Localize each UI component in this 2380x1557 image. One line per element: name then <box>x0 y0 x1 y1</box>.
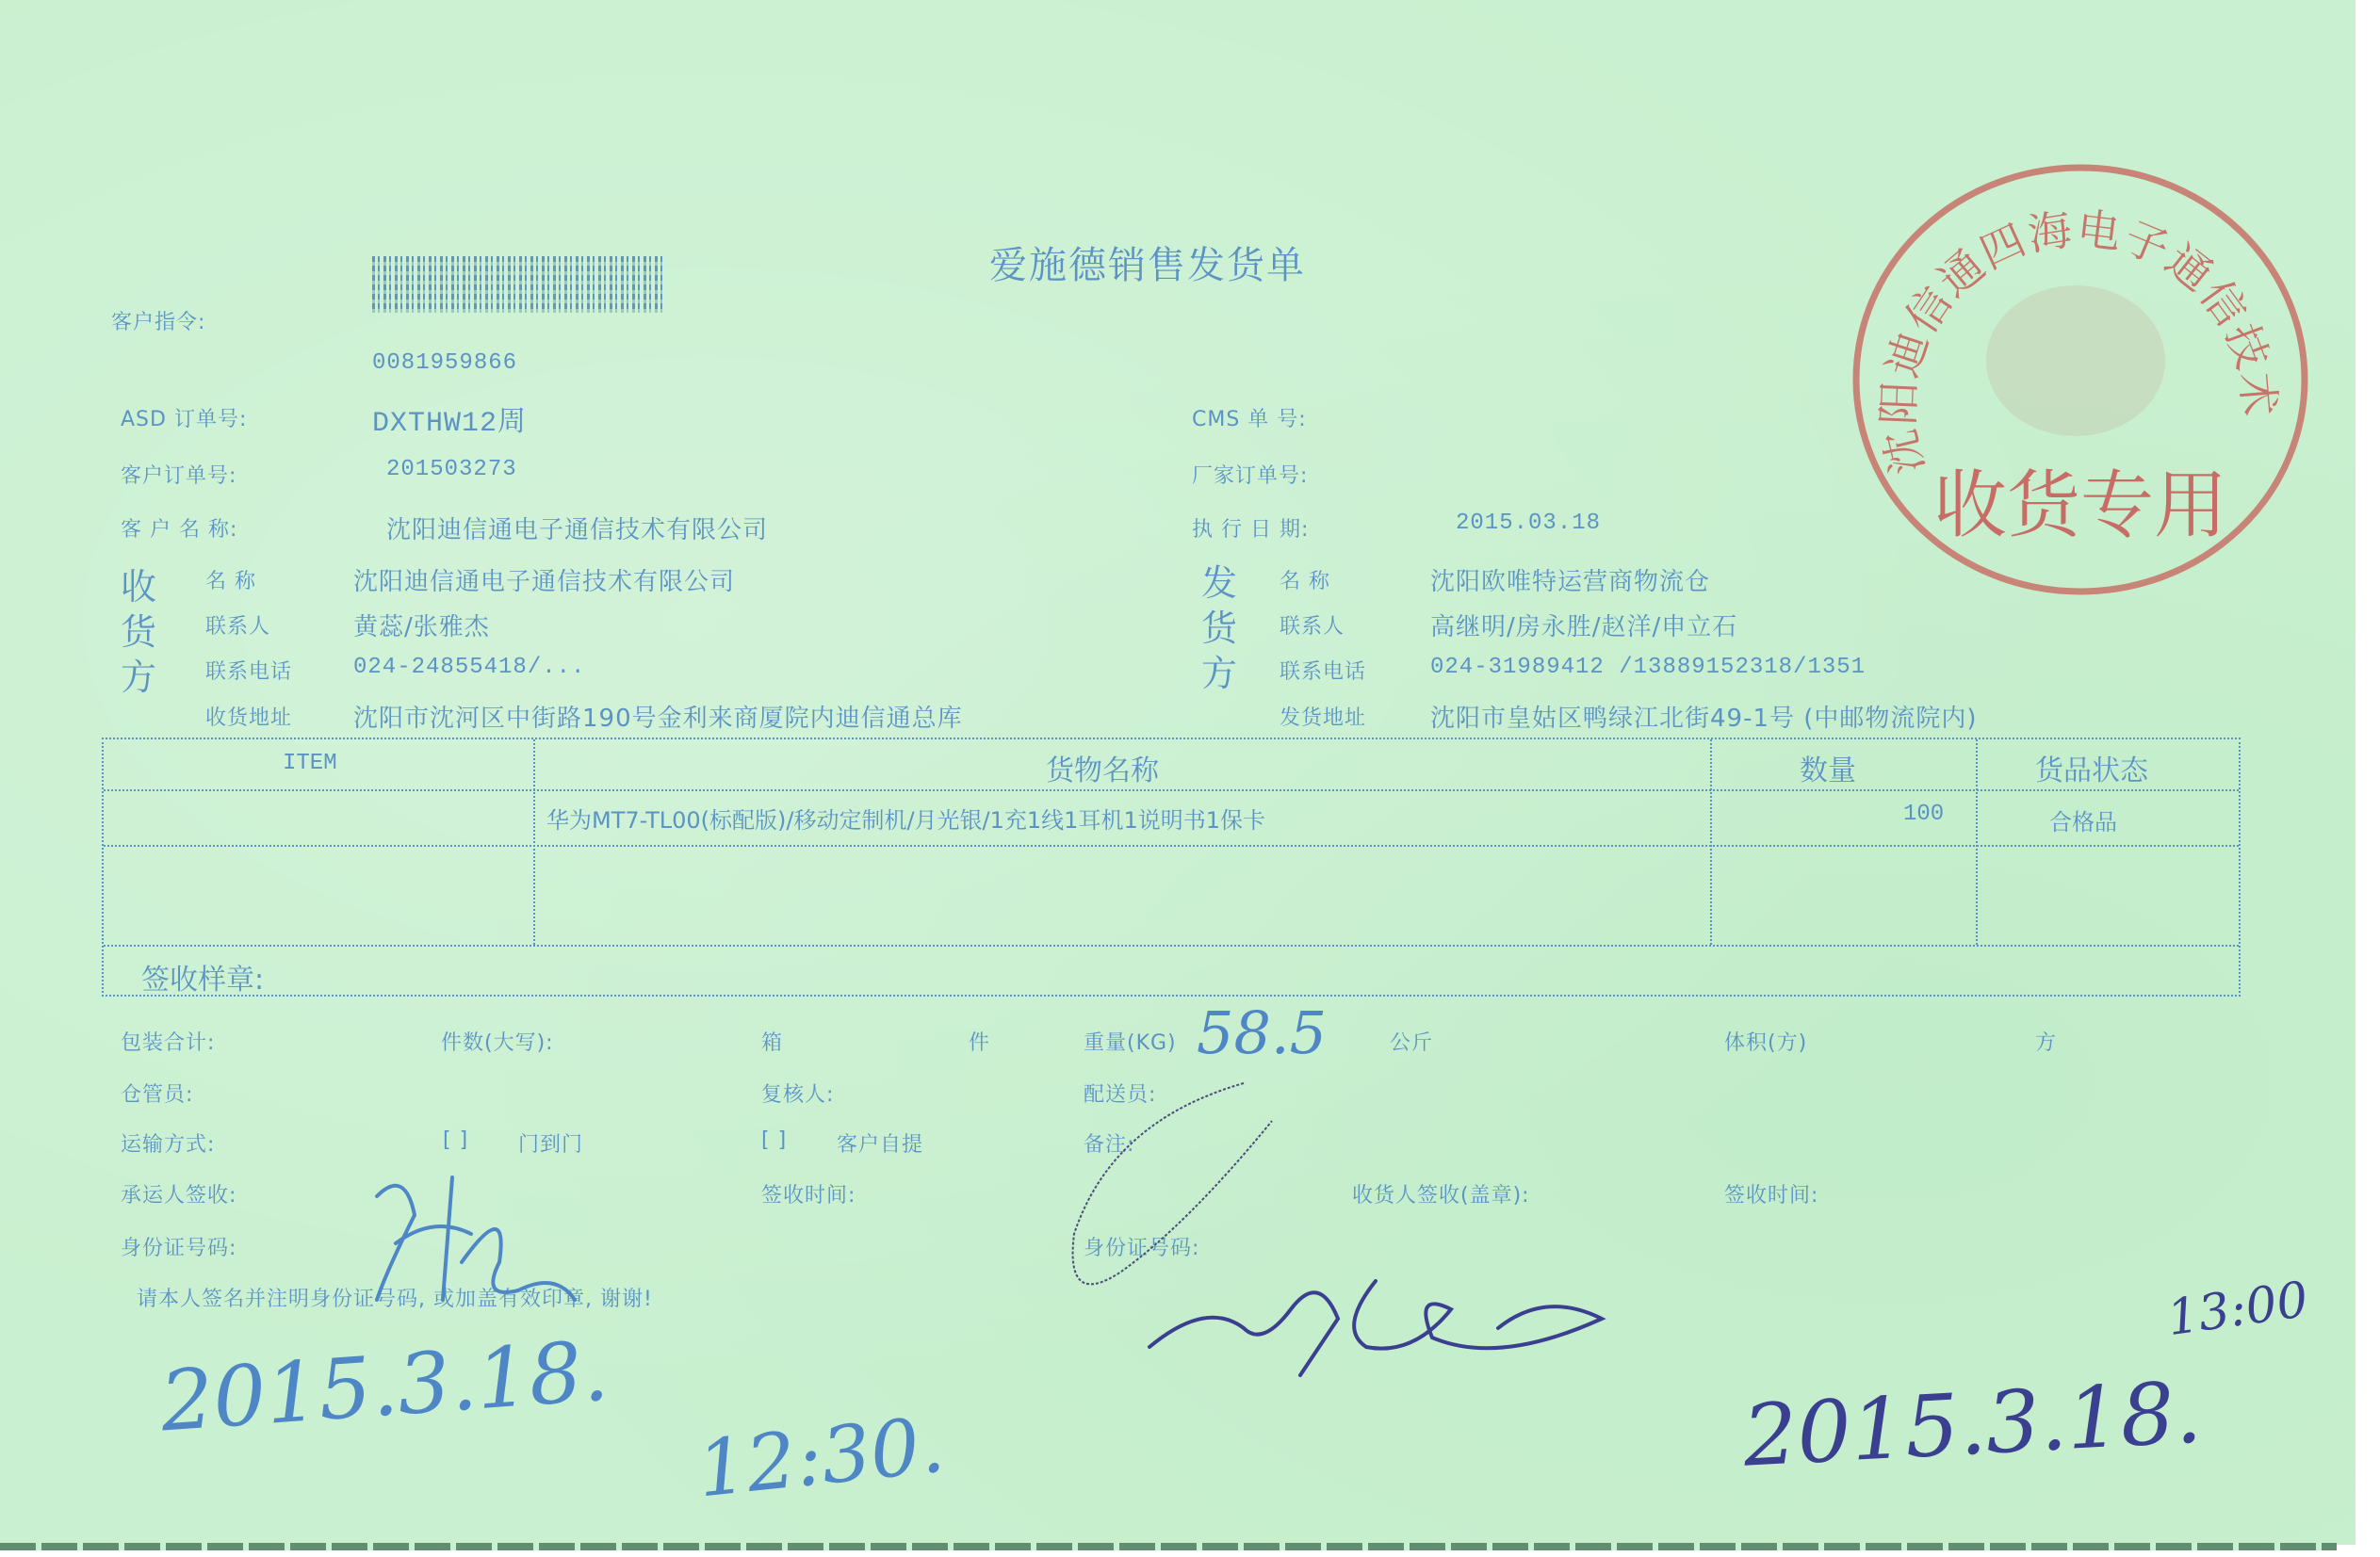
receiver-name-label: 名 称 <box>205 565 256 594</box>
volume-label: 体积(方) <box>1724 1027 1807 1056</box>
receiver-contact-value: 黄蕊/张雅杰 <box>353 608 490 642</box>
shipper-name-value: 沈阳欧唯特运营商物流仓 <box>1430 562 1710 597</box>
document-title: 爱施德销售发货单 <box>989 235 1306 289</box>
sign-sample-label: 签收样章: <box>141 956 264 997</box>
row-status: 合格品 <box>2049 803 2117 836</box>
box-label: 箱 <box>761 1027 783 1056</box>
column-header-quantity: 数量 <box>1800 747 1856 788</box>
asd-order-label: ASD 订单号: <box>121 403 247 432</box>
receiving-stamp: 沈阳迪信通四海电子通信技术有限公司 收货专用 <box>1845 158 2316 601</box>
door-to-door-checkbox[interactable]: [ ] <box>443 1128 468 1152</box>
receiver-side-char-1: 收 <box>121 558 157 609</box>
sign-time-label: 签收时间: <box>761 1179 856 1208</box>
barcode-icon <box>372 256 664 313</box>
customer-instruction-label: 客户指令: <box>111 306 205 335</box>
shipper-side-char-2: 货 <box>1201 599 1238 651</box>
pieces-label: 件数(大写): <box>441 1027 554 1056</box>
customer-order-value: 201503273 <box>386 457 517 482</box>
receiver-side-char-3: 方 <box>121 648 157 700</box>
stamp-seal-icon: 沈阳迪信通四海电子通信技术有限公司 收货专用 <box>1845 158 2316 601</box>
asd-order-value: DXTHW12周 <box>372 397 527 440</box>
door-to-door-label: 门到门 <box>518 1128 583 1158</box>
receiver-address-value: 沈阳市沈河区中街路190号金利来商厦院内迪信通总库 <box>353 699 963 734</box>
column-header-item: ITEM <box>283 751 337 776</box>
factory-order-label: 厂家订单号: <box>1192 460 1308 489</box>
receiver-signature-icon <box>1055 1064 1639 1375</box>
exec-date-label: 执 行 日 期: <box>1192 513 1309 543</box>
handwritten-weight: 58.5 <box>1197 998 1327 1067</box>
receiver-phone-label: 联系电话 <box>205 656 292 685</box>
column-header-status: 货品状态 <box>2035 747 2148 788</box>
stamp-center-text: 收货专用 <box>1933 463 2227 548</box>
receiver-contact-label: 联系人 <box>205 610 270 640</box>
receiver-sign-time-label: 签收时间: <box>1724 1179 1818 1208</box>
shipper-address-value: 沈阳市皇姑区鸭绿江北街49-1号 (中邮物流院内) <box>1430 699 1978 734</box>
shipper-side-char-1: 发 <box>1201 554 1238 606</box>
volume-unit-label: 方 <box>2035 1027 2057 1056</box>
warehouse-keeper-label: 仓管员: <box>121 1079 193 1108</box>
handwritten-right-time: 13:00 <box>2164 1272 2312 1347</box>
shipper-name-label: 名 称 <box>1280 565 1330 594</box>
piece-unit-label: 件 <box>969 1027 990 1056</box>
customer-pickup-checkbox[interactable]: [ ] <box>761 1128 787 1152</box>
carrier-sign-label: 承运人签收: <box>121 1179 236 1208</box>
handwritten-left-date: 2015.3.18. <box>157 1322 611 1451</box>
customer-order-label: 客户订单号: <box>121 460 236 489</box>
delivery-note-paper: 爱施德销售发货单 客户指令: 0081959866 ASD 订单号: DXTHW… <box>0 0 2356 1545</box>
weight-label: 重量(KG) <box>1084 1027 1177 1056</box>
package-total-label: 包装合计: <box>121 1027 215 1056</box>
handwritten-right-date: 2015.3.18. <box>1741 1363 2204 1485</box>
id-number-label-left: 身份证号码: <box>121 1232 236 1261</box>
exec-date-value: 2015.03.18 <box>1456 511 1601 536</box>
carrier-signature-icon <box>349 1159 594 1309</box>
checker-label: 复核人: <box>761 1079 834 1108</box>
shipper-phone-value: 024-31989412 /13889152318/1351 <box>1430 655 1866 680</box>
shipper-contact-label: 联系人 <box>1280 610 1345 640</box>
goods-table: ITEM 货物名称 数量 货品状态 华为MT7-TL00(标配版)/移动定制机/… <box>102 738 2241 997</box>
cms-number-label: CMS 单 号: <box>1192 403 1307 432</box>
receiver-phone-value: 024-24855418/... <box>353 655 585 680</box>
handwritten-left-time: 12:30. <box>693 1401 949 1516</box>
customer-name-value: 沈阳迪信通电子通信技术有限公司 <box>386 511 768 545</box>
shipper-contact-value: 高继明/房永胜/赵洋/申立石 <box>1430 608 1737 642</box>
receiver-side-char-2: 货 <box>121 603 157 655</box>
column-header-goods-name: 货物名称 <box>1046 747 1159 788</box>
customer-name-label: 客 户 名 称: <box>121 513 237 543</box>
shipper-address-label: 发货地址 <box>1280 702 1366 731</box>
customer-pickup-label: 客户自提 <box>837 1128 923 1158</box>
weight-unit-label: 公斤 <box>1390 1027 1433 1056</box>
row-quantity: 100 <box>1903 802 1944 827</box>
barcode-number: 0081959866 <box>372 350 517 376</box>
receiver-address-label: 收货地址 <box>205 702 292 731</box>
row-goods-name: 华为MT7-TL00(标配版)/移动定制机/月光银/1充1线1耳机1说明书1保卡 <box>546 802 1265 835</box>
perforation-edge <box>0 1543 2337 1550</box>
receiver-name-value: 沈阳迪信通电子通信技术有限公司 <box>353 562 735 597</box>
transport-method-label: 运输方式: <box>121 1128 215 1158</box>
shipper-side-char-3: 方 <box>1201 644 1238 696</box>
shipper-phone-label: 联系电话 <box>1280 656 1366 685</box>
